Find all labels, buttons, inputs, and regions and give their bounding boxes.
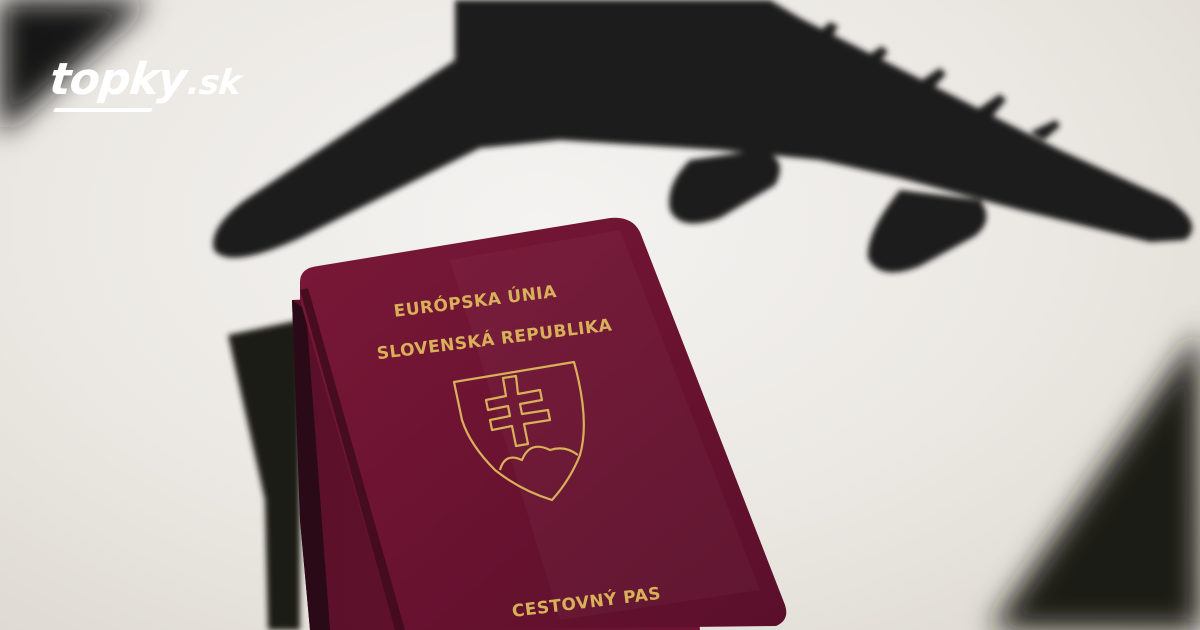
hero-image: EURÓPSKA ÚNIA SLOVENSKÁ REPUBLIKA CESTOV… bbox=[0, 0, 1200, 630]
logo-wordmark: topky.sk bbox=[48, 58, 243, 102]
airplane-shadow bbox=[213, 0, 1192, 272]
logo-brand: topky bbox=[47, 54, 188, 105]
topky-logo[interactable]: topky.sk bbox=[50, 58, 215, 120]
logo-tld: .sk bbox=[185, 63, 242, 103]
passport-shadow bbox=[228, 320, 300, 630]
logo-swoosh bbox=[53, 108, 152, 112]
